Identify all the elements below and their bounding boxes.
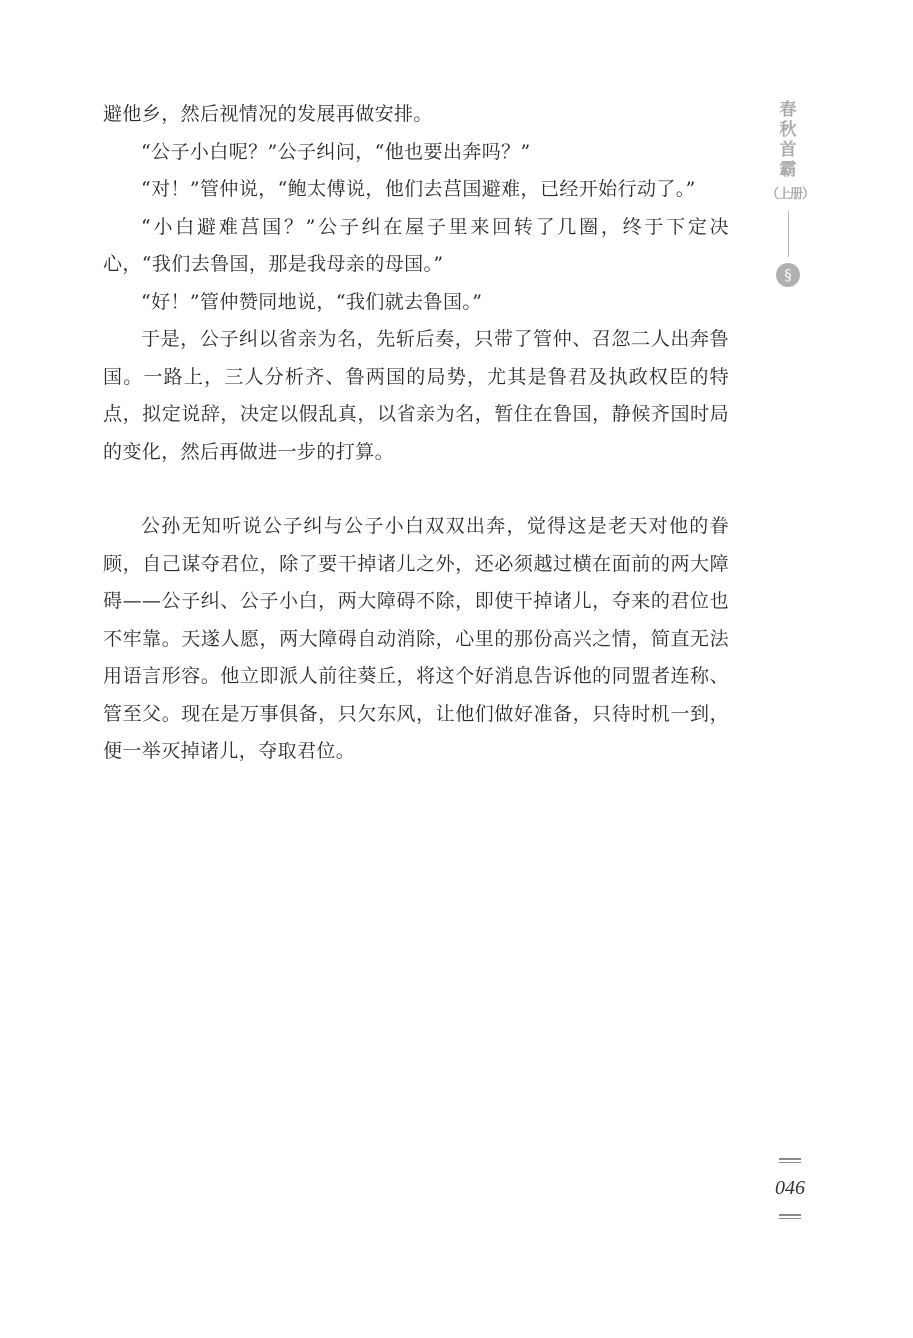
book-title-char: 春	[766, 100, 810, 120]
paragraph-section-start: 公孙无知听说公子纠与公子小白双双出奔，觉得这是老天对他的眷顾，自己谋夺君位，除了…	[103, 508, 729, 771]
paragraph: 于是，公子纠以省亲为名，先斩后奏，只带了管仲、召忽二人出奔鲁国。一路上，三人分析…	[103, 321, 729, 471]
paragraph: “对！”管仲说，“鲍太傅说，他们去莒国避难，已经开始行动了。”	[103, 171, 729, 209]
book-title-char: 霸	[766, 160, 810, 180]
page-number: 046	[770, 1177, 810, 1200]
book-title-char: 首	[766, 140, 810, 160]
ornament-medallion-icon	[776, 263, 800, 287]
paragraph: “好！”管仲赞同地说，“我们就去鲁国。”	[103, 284, 729, 322]
body-text: 避他乡，然后视情况的发展再做安排。 “公子小白呢？”公子纠问，“他也要出奔吗？”…	[103, 96, 729, 771]
book-title-char: 秋	[766, 120, 810, 140]
vertical-divider	[788, 211, 789, 257]
running-header-vertical: 春 秋 首 霸 （上册）	[766, 100, 810, 287]
paragraph: “小白避难莒国？”公子纠在屋子里来回转了几圈，终于下定决心，“我们去鲁国，那是我…	[103, 209, 729, 284]
page-folio: 046	[770, 1158, 810, 1219]
double-rule-top	[779, 1158, 801, 1163]
paragraph: “公子小白呢？”公子纠问，“他也要出奔吗？”	[103, 134, 729, 172]
double-rule-bottom	[779, 1214, 801, 1219]
volume-label: （上册）	[766, 185, 810, 205]
paragraph-continuation: 避他乡，然后视情况的发展再做安排。	[103, 96, 729, 134]
